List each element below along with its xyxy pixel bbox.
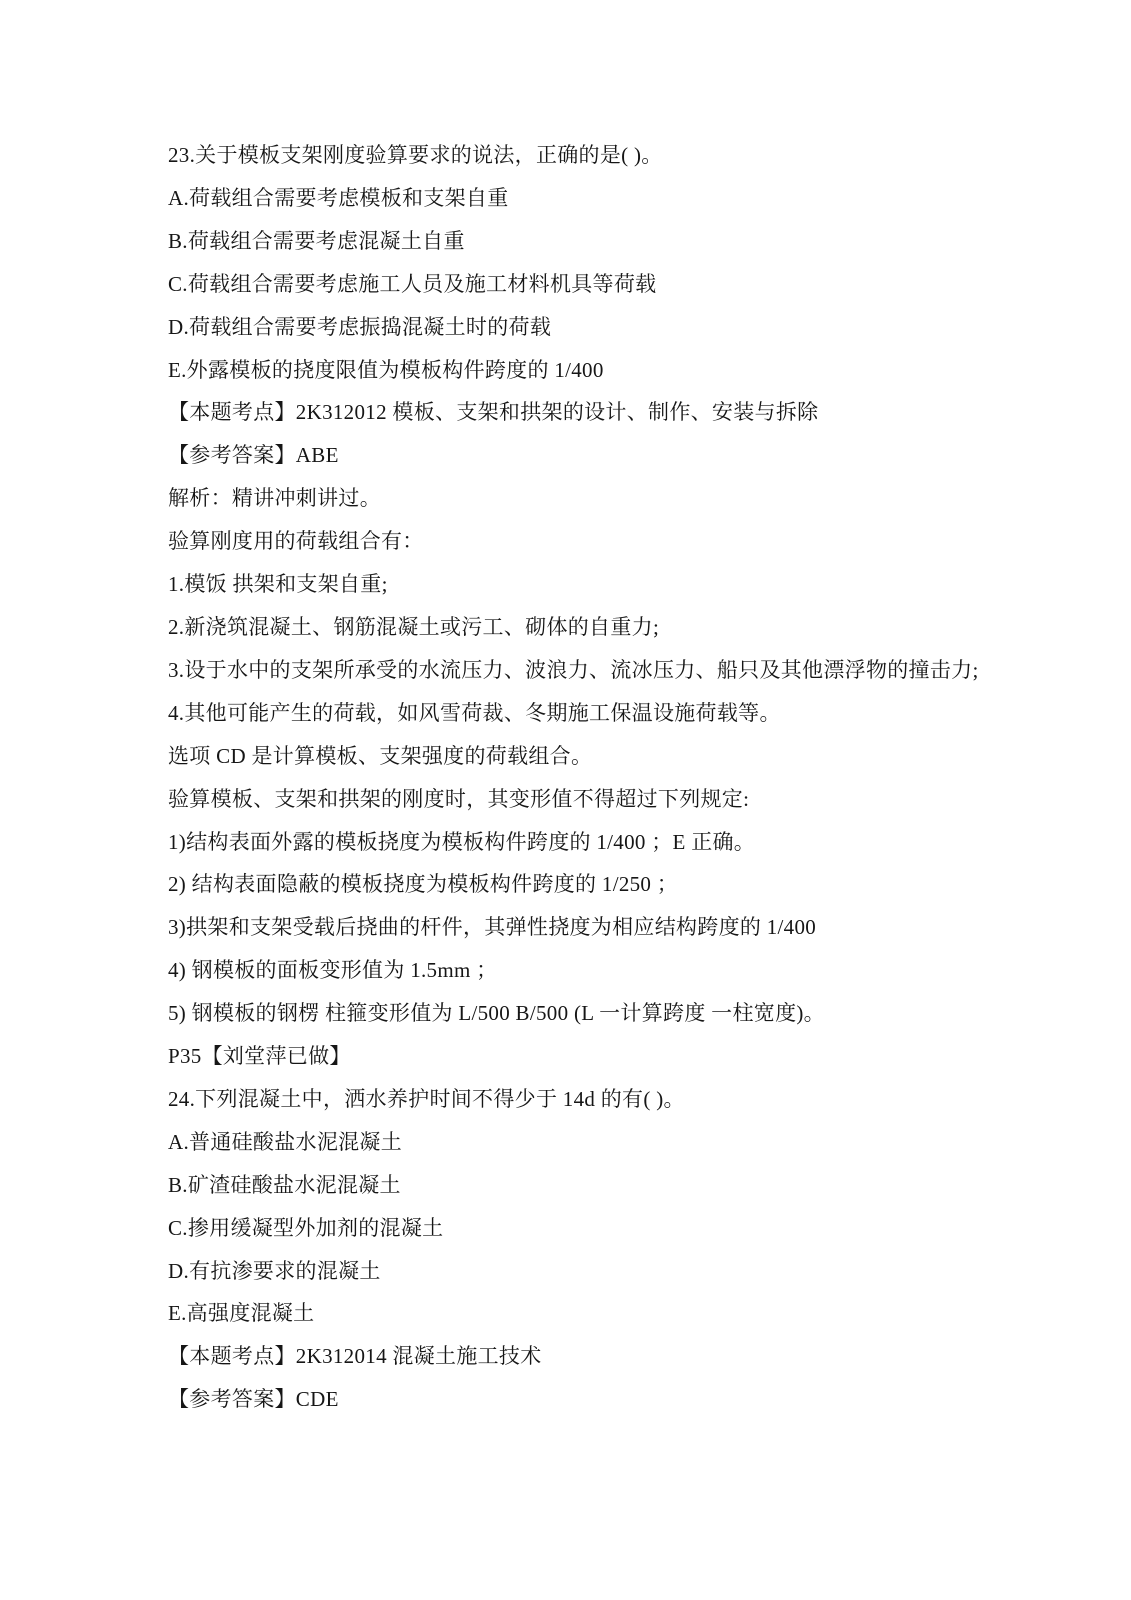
option-d: D.有抗渗要求的混凝土 xyxy=(168,1250,1071,1293)
option-c: C.荷载组合需要考虑施工人员及施工材料机具等荷载 xyxy=(168,263,1071,306)
page-content: 23.关于模板支架刚度验算要求的说法，正确的是( )。 A.荷载组合需要考虑模板… xyxy=(0,0,1131,1421)
question-23: 23.关于模板支架刚度验算要求的说法，正确的是( )。 A.荷载组合需要考虑模板… xyxy=(168,134,1071,1078)
option-c: C.掺用缓凝型外加剂的混凝土 xyxy=(168,1207,1071,1250)
question-title: 24.下列混凝土中，洒水养护时间不得少于 14d 的有( )。 xyxy=(168,1078,1071,1121)
reference-answer: 【参考答案】CDE xyxy=(168,1378,1071,1421)
option-e: E.高强度混凝土 xyxy=(168,1292,1071,1335)
question-title: 23.关于模板支架刚度验算要求的说法，正确的是( )。 xyxy=(168,134,1071,177)
analysis-line: 3)拱架和支架受载后挠曲的杆件，其弹性挠度为相应结构跨度的 1/400 xyxy=(168,906,1071,949)
analysis-line: 3.设于水中的支架所承受的水流压力、波浪力、流冰压力、船只及其他漂浮物的撞击力; xyxy=(168,649,1071,692)
analysis-line: 2.新浇筑混凝土、钢筋混凝土或污工、砌体的自重力; xyxy=(168,606,1071,649)
analysis-line: 选项 CD 是计算模板、支架强度的荷载组合。 xyxy=(168,735,1071,778)
reference-answer: 【参考答案】ABE xyxy=(168,434,1071,477)
option-a: A.普通硅酸盐水泥混凝土 xyxy=(168,1121,1071,1164)
option-e: E.外露模板的挠度限值为模板构件跨度的 1/400 xyxy=(168,349,1071,392)
analysis-line: 2) 结构表面隐蔽的模板挠度为模板构件跨度的 1/250 ； xyxy=(168,863,1071,906)
option-d: D.荷载组合需要考虑振捣混凝土时的荷载 xyxy=(168,306,1071,349)
page-note: P35【刘堂萍已做】 xyxy=(168,1035,1071,1078)
document-page: 23.关于模板支架刚度验算要求的说法，正确的是( )。 A.荷载组合需要考虑模板… xyxy=(0,0,1131,1600)
analysis-line: 验算模板、支架和拱架的刚度时，其变形值不得超过下列规定: xyxy=(168,778,1071,821)
analysis-line: 4) 钢模板的面板变形值为 1.5mm ； xyxy=(168,949,1071,992)
option-b: B.荷载组合需要考虑混凝土自重 xyxy=(168,220,1071,263)
analysis-line: 5) 钢模板的钢楞 柱箍变形值为 L/500 B/500 (L 一计算跨度 一柱… xyxy=(168,992,1071,1035)
option-b: B.矿渣硅酸盐水泥混凝土 xyxy=(168,1164,1071,1207)
analysis-line: 1.模饭 拱架和支架自重; xyxy=(168,563,1071,606)
exam-point: 【本题考点】2K312012 模板、支架和拱架的设计、制作、安装与拆除 xyxy=(168,391,1071,434)
analysis-line: 验算刚度用的荷载组合有： xyxy=(168,520,1071,563)
analysis-line: 1)结构表面外露的模板挠度为模板构件跨度的 1/400 ；E 正确。 xyxy=(168,821,1071,864)
exam-point: 【本题考点】2K312014 混凝土施工技术 xyxy=(168,1335,1071,1378)
analysis-line: 4.其他可能产生的荷载，如风雪荷裁、冬期施工保温设施荷载等。 xyxy=(168,692,1071,735)
analysis-line: 解析：精讲冲刺讲过。 xyxy=(168,477,1071,520)
question-24: 24.下列混凝土中，洒水养护时间不得少于 14d 的有( )。 A.普通硅酸盐水… xyxy=(168,1078,1071,1421)
option-a: A.荷载组合需要考虑模板和支架自重 xyxy=(168,177,1071,220)
